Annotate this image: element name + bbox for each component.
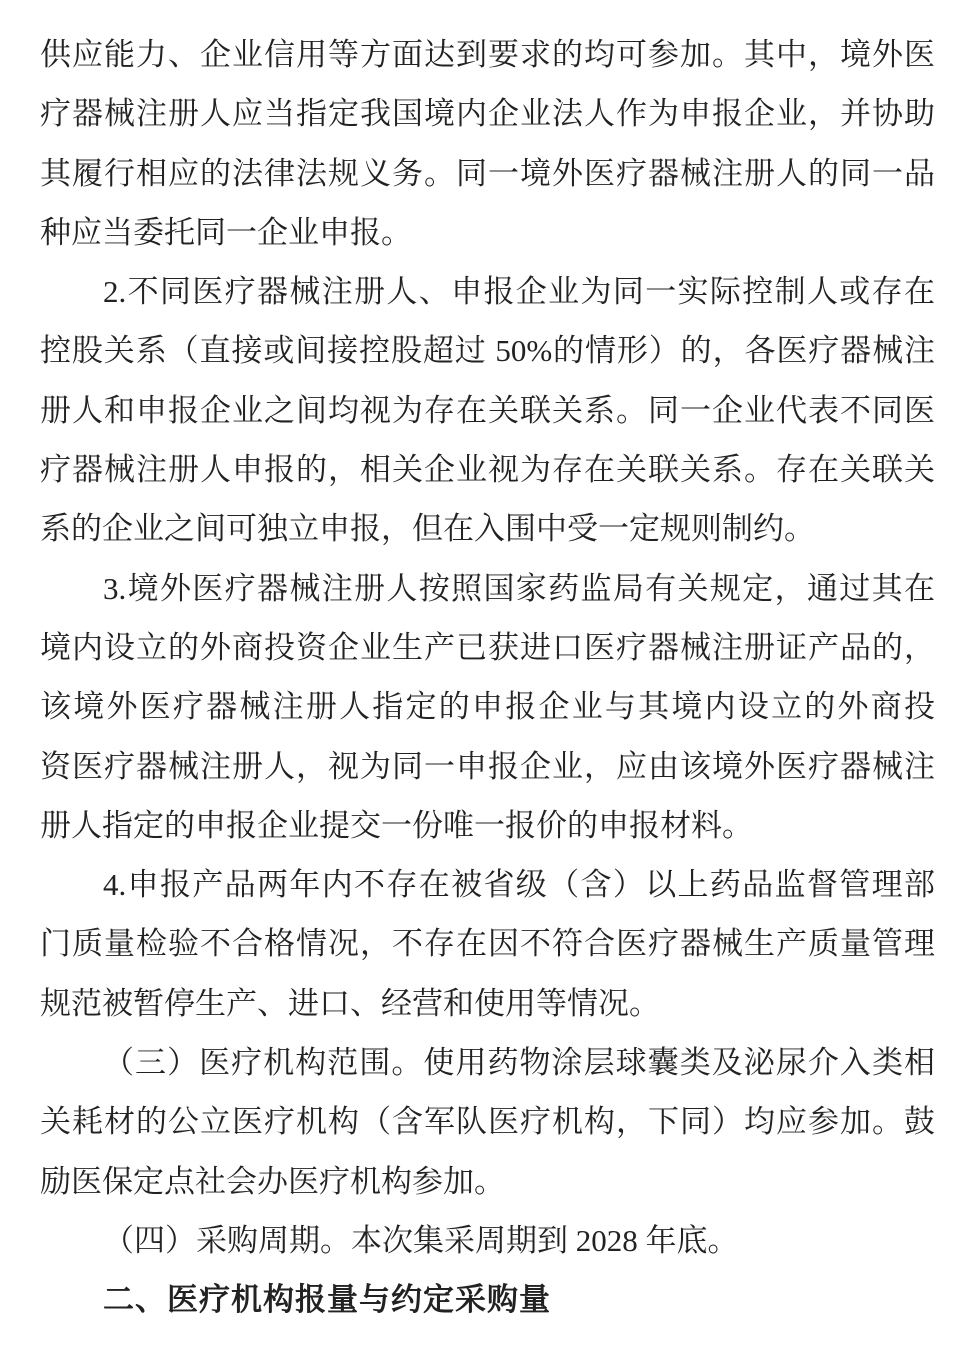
- document-line: 资医疗器械注册人，视为同一申报企业，应由该境外医疗器械注: [40, 737, 935, 796]
- document-line: 励医保定点社会办医疗机构参加。: [40, 1152, 935, 1211]
- document-line: 系的企业之间可独立申报，但在入围中受一定规则制约。: [40, 499, 935, 558]
- document-line: 种应当委托同一企业申报。: [40, 203, 935, 262]
- document-page: 供应能力、企业信用等方面达到要求的均可参加。其中，境外医 疗器械注册人应当指定我…: [0, 0, 980, 1360]
- document-line-clause-3: 3.境外医疗器械注册人按照国家药监局有关规定，通过其在: [40, 559, 935, 618]
- document-line: 该境外医疗器械注册人指定的申报企业与其境内设立的外商投: [40, 677, 935, 736]
- document-line: 关耗材的公立医疗机构（含军队医疗机构，下同）均应参加。鼓: [40, 1092, 935, 1151]
- document-line: 册人和申报企业之间均视为存在关联关系。同一企业代表不同医: [40, 381, 935, 440]
- document-line: 疗器械注册人应当指定我国境内企业法人作为申报企业，并协助: [40, 84, 935, 143]
- document-line-section-4: （四）采购周期。本次集采周期到 2028 年底。: [40, 1211, 935, 1270]
- section-heading: 二、医疗机构报量与约定采购量: [40, 1270, 935, 1329]
- document-line-clause-2: 2.不同医疗器械注册人、申报企业为同一实际控制人或存在: [40, 262, 935, 321]
- document-line-clause-4: 4.申报产品两年内不存在被省级（含）以上药品监督管理部: [40, 855, 935, 914]
- document-line: 册人指定的申报企业提交一份唯一报价的申报材料。: [40, 796, 935, 855]
- document-line: 疗器械注册人申报的，相关企业视为存在关联关系。存在关联关: [40, 440, 935, 499]
- document-line: 规范被暂停生产、进口、经营和使用等情况。: [40, 974, 935, 1033]
- document-line: 境内设立的外商投资企业生产已获进口医疗器械注册证产品的，: [40, 618, 935, 677]
- document-line: 其履行相应的法律法规义务。同一境外医疗器械注册人的同一品: [40, 144, 935, 203]
- document-text-block: 供应能力、企业信用等方面达到要求的均可参加。其中，境外医 疗器械注册人应当指定我…: [40, 25, 935, 1330]
- document-line: 供应能力、企业信用等方面达到要求的均可参加。其中，境外医: [40, 25, 935, 84]
- document-line: 门质量检验不合格情况，不存在因不符合医疗器械生产质量管理: [40, 914, 935, 973]
- document-line-section-3: （三）医疗机构范围。使用药物涂层球囊类及泌尿介入类相: [40, 1033, 935, 1092]
- document-line: 控股关系（直接或间接控股超过 50%的情形）的，各医疗器械注: [40, 321, 935, 380]
